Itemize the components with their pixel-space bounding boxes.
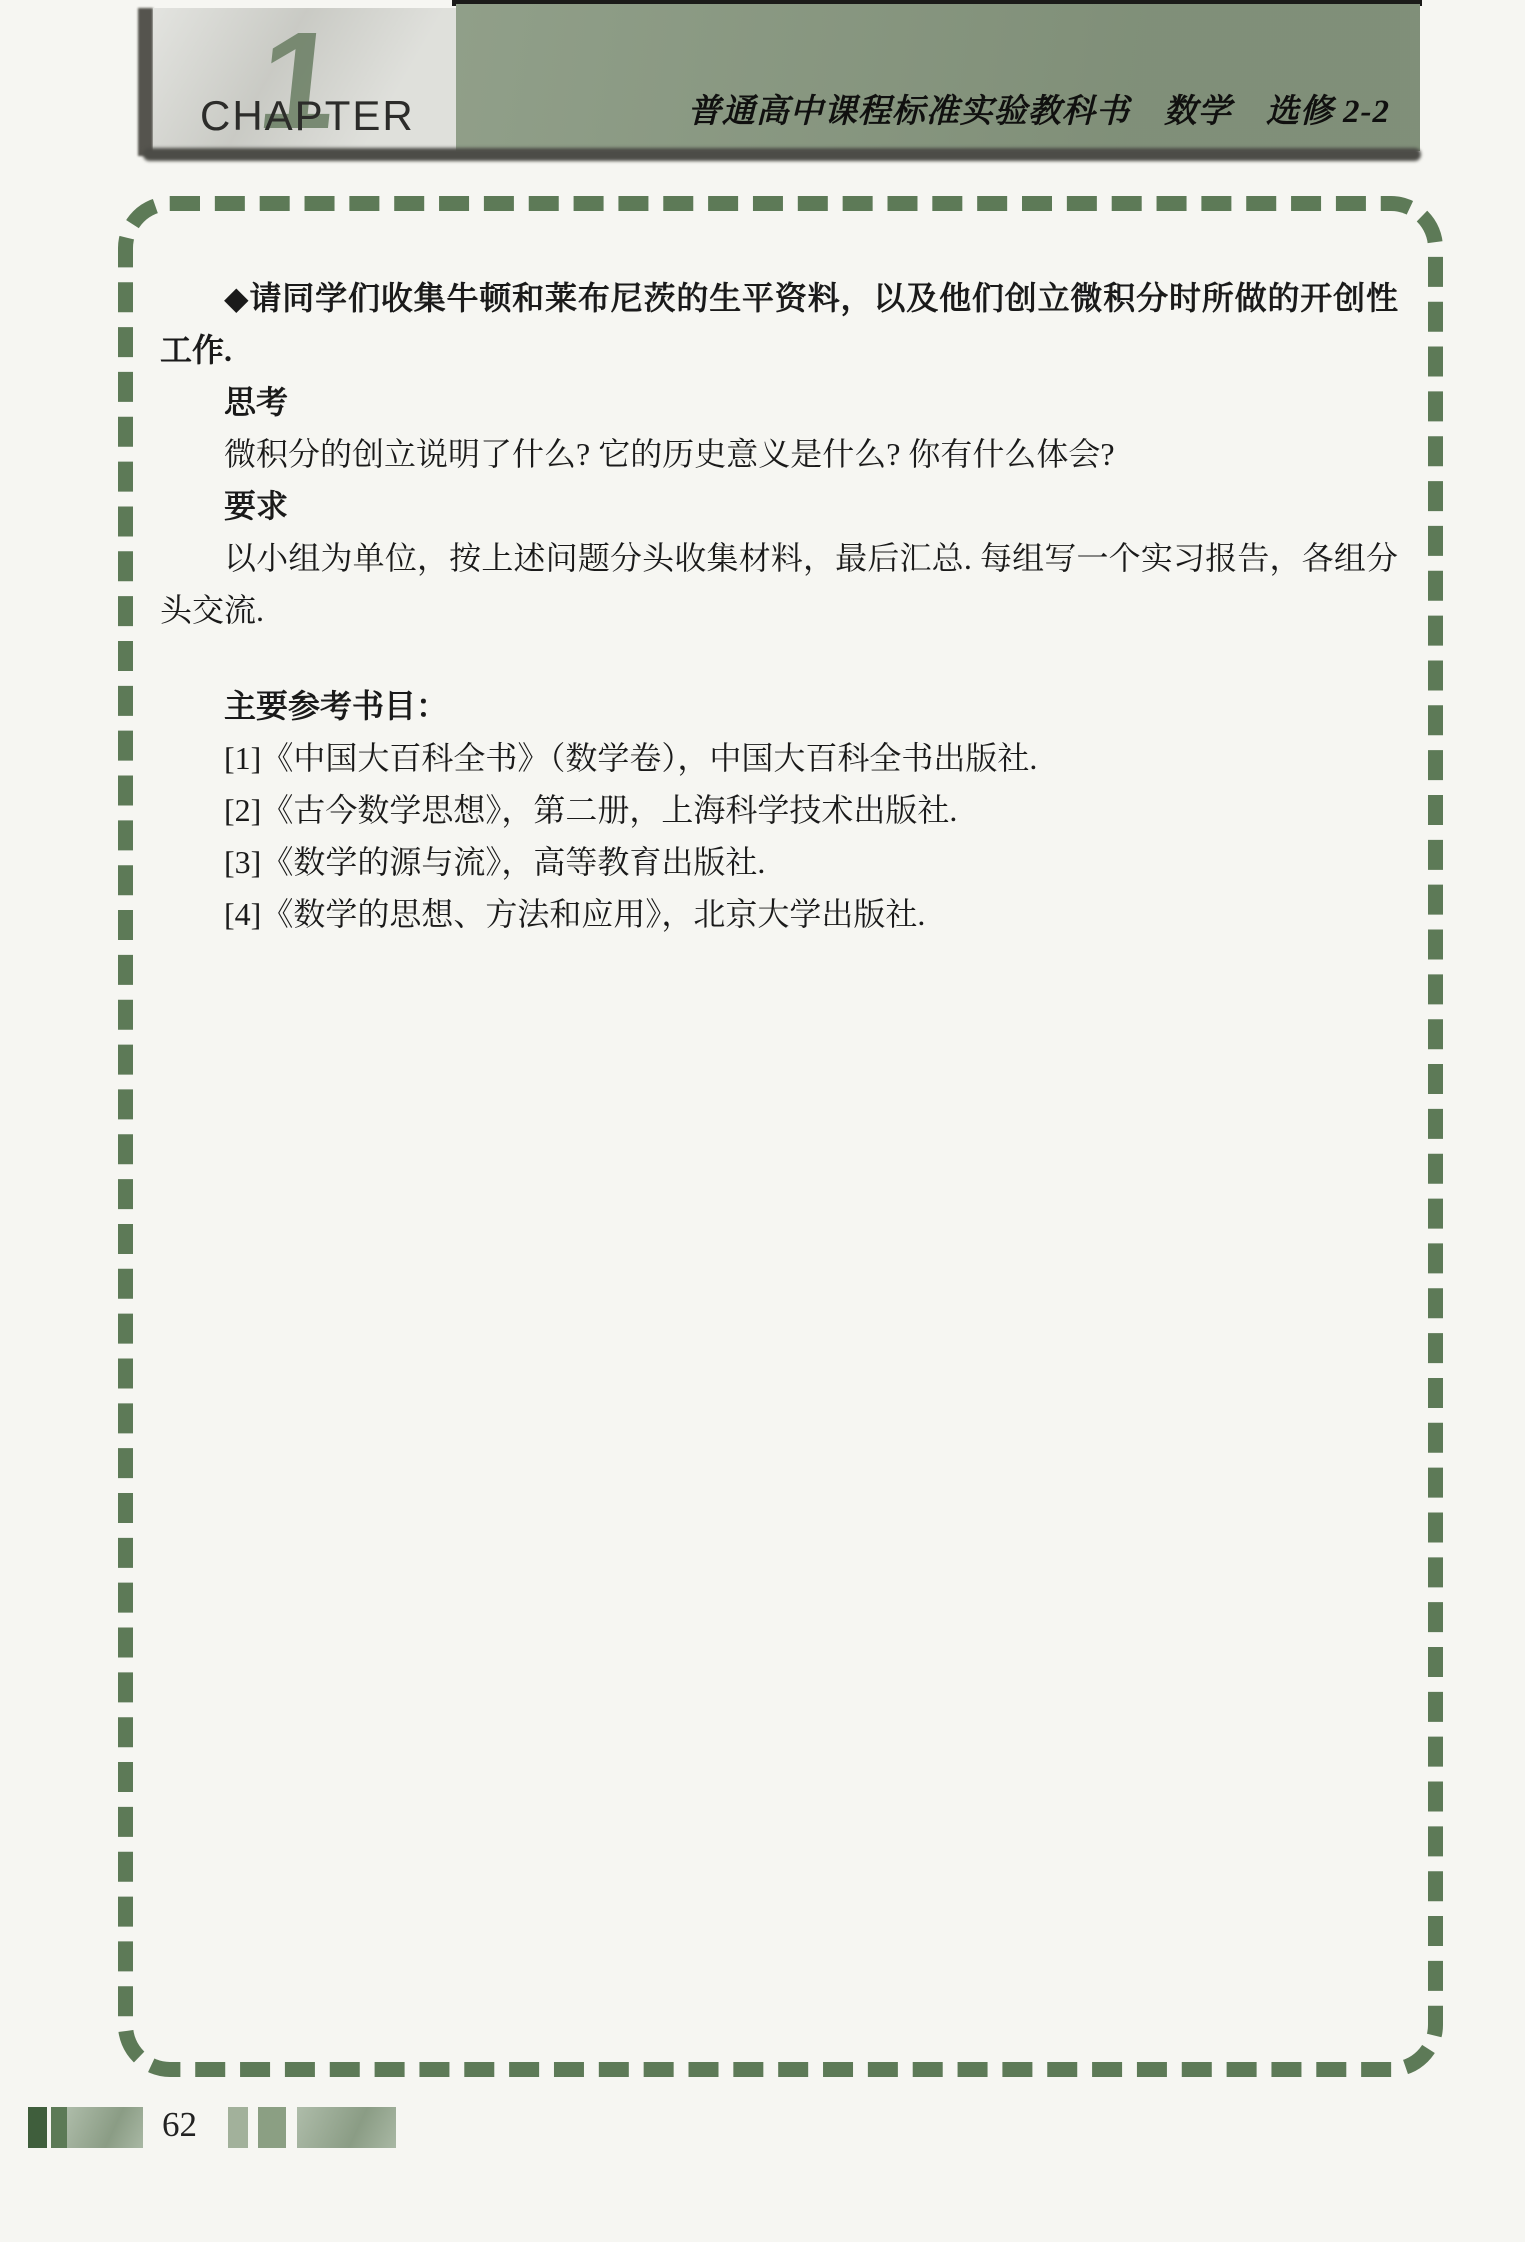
- book-title: 普通高中课程标准实验教科书 数学 选修 2-2: [688, 96, 1390, 129]
- think-body: 微积分的创立说明了什么? 它的历史意义是什么? 你有什么体会?: [160, 428, 1398, 480]
- footer-ornament-block: [258, 2107, 286, 2148]
- footer-ornament-block: [28, 2107, 47, 2148]
- reference-item: [1]《中国大百科全书》（数学卷），中国大百科全书出版社.: [160, 732, 1398, 784]
- chapter-label: CHAPTER: [200, 95, 415, 137]
- footer-ornament-block: [297, 2107, 396, 2148]
- activity-intro-text: 请同学们收集牛顿和莱布尼茨的生平资料，以及他们创立微积分时所做的开创性工作.: [160, 280, 1398, 368]
- footer-ornament-block: [51, 2107, 67, 2148]
- header-shadow-line: [143, 148, 1421, 161]
- activity-content: ◆请同学们收集牛顿和莱布尼茨的生平资料，以及他们创立微积分时所做的开创性工作. …: [160, 272, 1398, 940]
- reference-item: [3]《数学的源与流》，高等教育出版社.: [160, 836, 1398, 888]
- page-number: 62: [162, 2104, 197, 2146]
- header-banner: 普通高中课程标准实验教科书 数学 选修 2-2: [456, 4, 1420, 151]
- references-heading: 主要参考书目：: [160, 680, 1398, 732]
- footer-ornament-block: [67, 2107, 143, 2148]
- diamond-bullet-icon: ◆: [224, 280, 249, 316]
- requirement-body: 以小组为单位，按上述问题分头收集材料，最后汇总. 每组写一个实习报告，各组分头交…: [160, 532, 1398, 636]
- activity-intro-paragraph: ◆请同学们收集牛顿和莱布尼茨的生平资料，以及他们创立微积分时所做的开创性工作.: [160, 272, 1398, 376]
- requirement-heading: 要求: [160, 480, 1398, 532]
- header-left-strip: [138, 8, 153, 156]
- think-heading: 思考: [160, 376, 1398, 428]
- reference-item: [4]《数学的思想、方法和应用》，北京大学出版社.: [160, 888, 1398, 940]
- footer-ornament-block: [228, 2107, 248, 2148]
- reference-item: [2]《古今数学思想》，第二册，上海科学技术出版社.: [160, 784, 1398, 836]
